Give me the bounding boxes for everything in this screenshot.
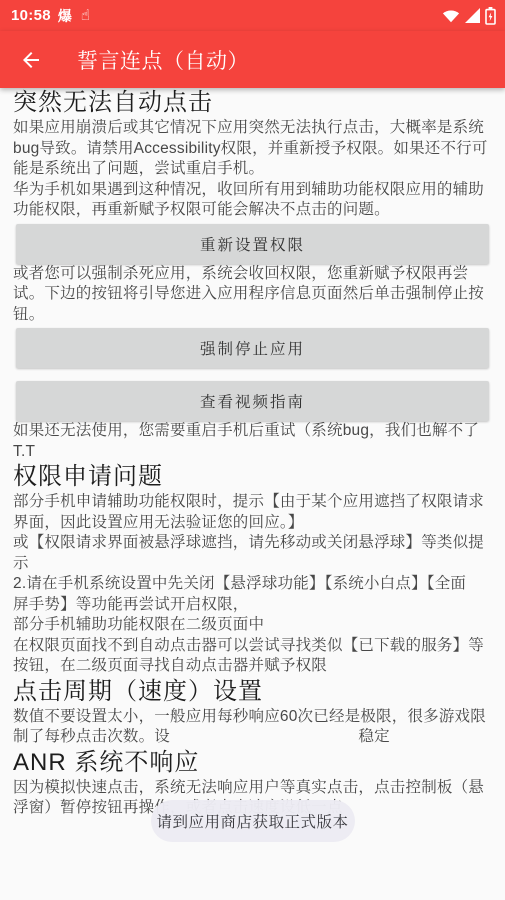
page-title: 誓言连点（自动） (77, 45, 249, 75)
paragraph-permission-blocked: 部分手机申请辅助功能权限时，提示【由于某个应用遮挡了权限请求 界面，因此设置应用… (13, 492, 492, 615)
clock: 10:58 (11, 7, 51, 24)
section-heading-cannot-click: 突然无法自动点击 (13, 88, 492, 118)
paragraph-click-speed-advice: 数值不要设置太小，一般应用每秒响应60次已经是极限，很多游戏限 制了每秒点击次数… (13, 707, 492, 748)
status-bar: 10:58 爆 ☝ (0, 0, 505, 31)
paragraph-crash-explanation: 如果应用崩溃后或其它情况下应用突然无法执行点击，大概率是系统 bug导致。请禁用… (13, 118, 492, 221)
tap-icon: ☝ (81, 8, 90, 23)
view-video-guide-button[interactable]: 查看视频指南 (16, 381, 489, 421)
paragraph-restart-phone-note: 如果还无法使用，您需要重启手机后重试（系统bug，我们也解不了 T.T (13, 421, 492, 462)
section-heading-click-speed: 点击周期（速度）设置 (13, 677, 492, 707)
help-content[interactable]: 突然无法自动点击 如果应用崩溃后或其它情况下应用突然无法执行点击，大概率是系统 … (0, 88, 505, 819)
notification-glyph: 爆 (58, 6, 72, 26)
reset-permission-button[interactable]: 重新设置权限 (16, 224, 489, 264)
section-heading-anr: ANR 系统不响应 (13, 748, 492, 778)
wifi-icon (442, 9, 460, 23)
back-arrow-icon[interactable] (18, 47, 44, 73)
cellular-signal-icon (465, 8, 480, 23)
battery-charging-icon (485, 7, 496, 25)
section-heading-permission-request: 权限申请问题 (13, 462, 492, 492)
status-icons (442, 7, 496, 25)
app-bar: 誓言连点（自动） (0, 31, 505, 88)
force-stop-app-button[interactable]: 强制停止应用 (16, 328, 489, 368)
paragraph-force-kill-explanation: 或者您可以强制杀死应用，系统会收回权限，您重新赋予权限再尝 试。下边的按钮将引导… (13, 264, 492, 326)
paragraph-secondary-page-permission: 部分手机辅助功能权限在二级页面中 在权限页面找不到自动点击器可以尝试寻找类似【已… (13, 615, 492, 677)
toast-message: 请到应用商店获取正式版本 (150, 800, 354, 842)
